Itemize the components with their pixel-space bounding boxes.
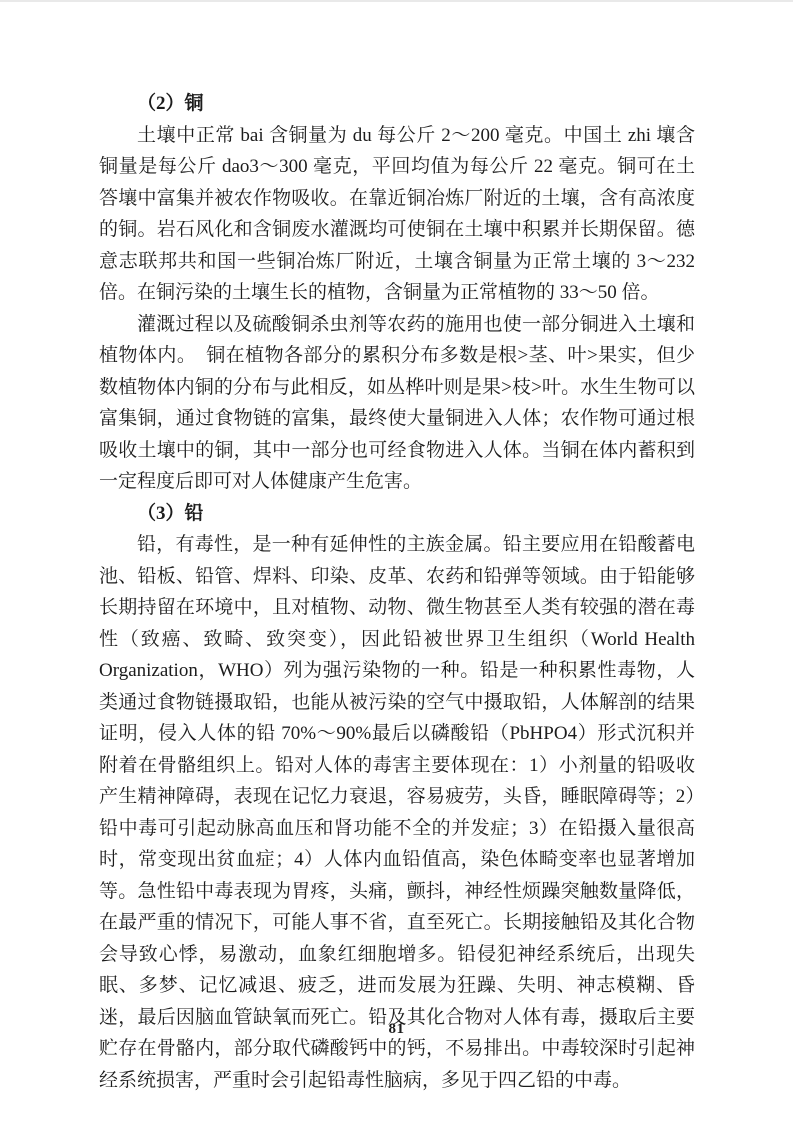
body-paragraph: 土壤中正常 bai 含铜量为 du 每公斤 2～200 毫克。中国土 zhi 壤… xyxy=(99,120,695,309)
document-body: （2）铜 土壤中正常 bai 含铜量为 du 每公斤 2～200 毫克。中国土 … xyxy=(99,88,695,1096)
section-heading-copper: （2）铜 xyxy=(99,88,695,120)
body-paragraph: 铅，有毒性，是一种有延伸性的主族金属。铅主要应用在铅酸蓄电池、铅板、铅管、焊料、… xyxy=(99,529,695,1096)
page-top-edge xyxy=(0,0,793,2)
body-paragraph: 灌溉过程以及硫酸铜杀虫剂等农药的施用也使一部分铜进入土壤和植物体内。 铜在植物各… xyxy=(99,309,695,498)
page-footer: 81 xyxy=(0,1020,793,1038)
page-number: 81 xyxy=(389,1021,405,1037)
section-heading-lead: （3）铅 xyxy=(99,498,695,530)
